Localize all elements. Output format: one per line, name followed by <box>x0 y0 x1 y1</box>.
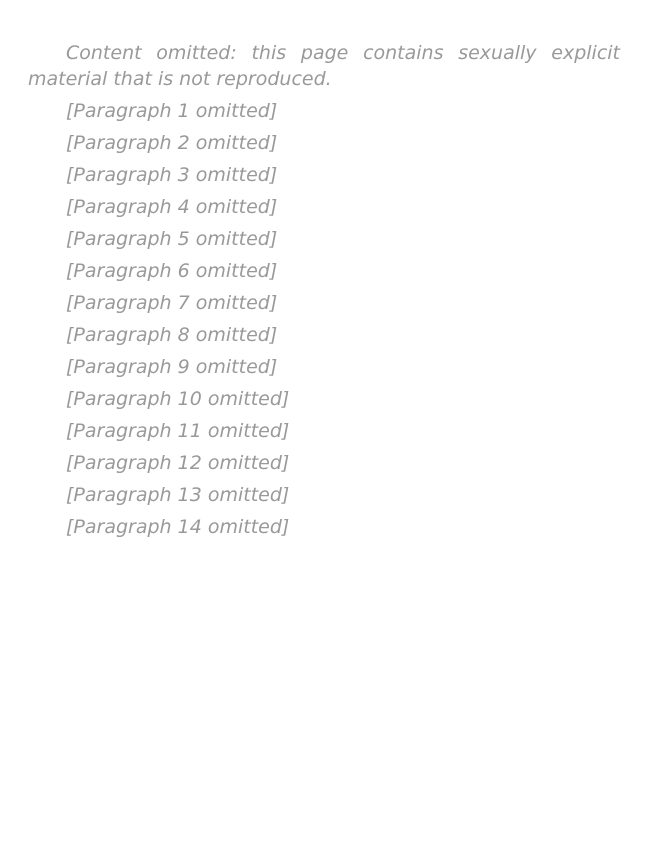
document-page: Content omitted: this page contains sexu… <box>28 40 620 546</box>
paragraph: [Paragraph 11 omitted] <box>28 418 620 444</box>
content-notice: Content omitted: this page contains sexu… <box>28 40 620 92</box>
paragraph: [Paragraph 7 omitted] <box>28 290 620 316</box>
paragraph: [Paragraph 10 omitted] <box>28 386 620 412</box>
paragraph: [Paragraph 12 omitted] <box>28 450 620 476</box>
paragraph: [Paragraph 1 omitted] <box>28 98 620 124</box>
paragraph: [Paragraph 9 omitted] <box>28 354 620 380</box>
paragraph: [Paragraph 4 omitted] <box>28 194 620 220</box>
paragraph: [Paragraph 3 omitted] <box>28 162 620 188</box>
paragraph: [Paragraph 5 omitted] <box>28 226 620 252</box>
paragraph: [Paragraph 14 omitted] <box>28 514 620 540</box>
paragraph: [Paragraph 2 omitted] <box>28 130 620 156</box>
paragraph: [Paragraph 8 omitted] <box>28 322 620 348</box>
paragraph: [Paragraph 6 omitted] <box>28 258 620 284</box>
paragraph: [Paragraph 13 omitted] <box>28 482 620 508</box>
